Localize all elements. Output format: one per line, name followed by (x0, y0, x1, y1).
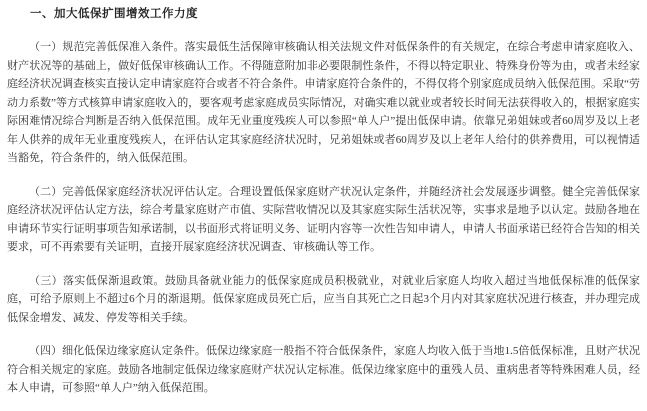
paragraph-3: （三）落实低保渐退政策。鼓励具备就业能力的低保家庭成员积极就业，对就业后家庭人均… (7, 272, 640, 328)
paragraph-1: （一）规范完善低保准入条件。落实最低生活保障审核确认相关法规文件对低保条件的有关… (7, 38, 640, 168)
paragraph-2: （二）完善低保家庭经济状况评估认定。合理设置低保家庭财产状况认定条件，并随经济社… (7, 183, 640, 257)
document-title: 一、加大低保扩围增效工作力度 (7, 5, 640, 23)
document-page: 一、加大低保扩围增效工作力度 （一）规范完善低保准入条件。落实最低生活保障审核确… (0, 0, 647, 411)
paragraph-4: （四）细化低保边缘家庭认定条件。低保边缘家庭一般指不符合低保条件，家庭人均收入低… (7, 342, 640, 398)
